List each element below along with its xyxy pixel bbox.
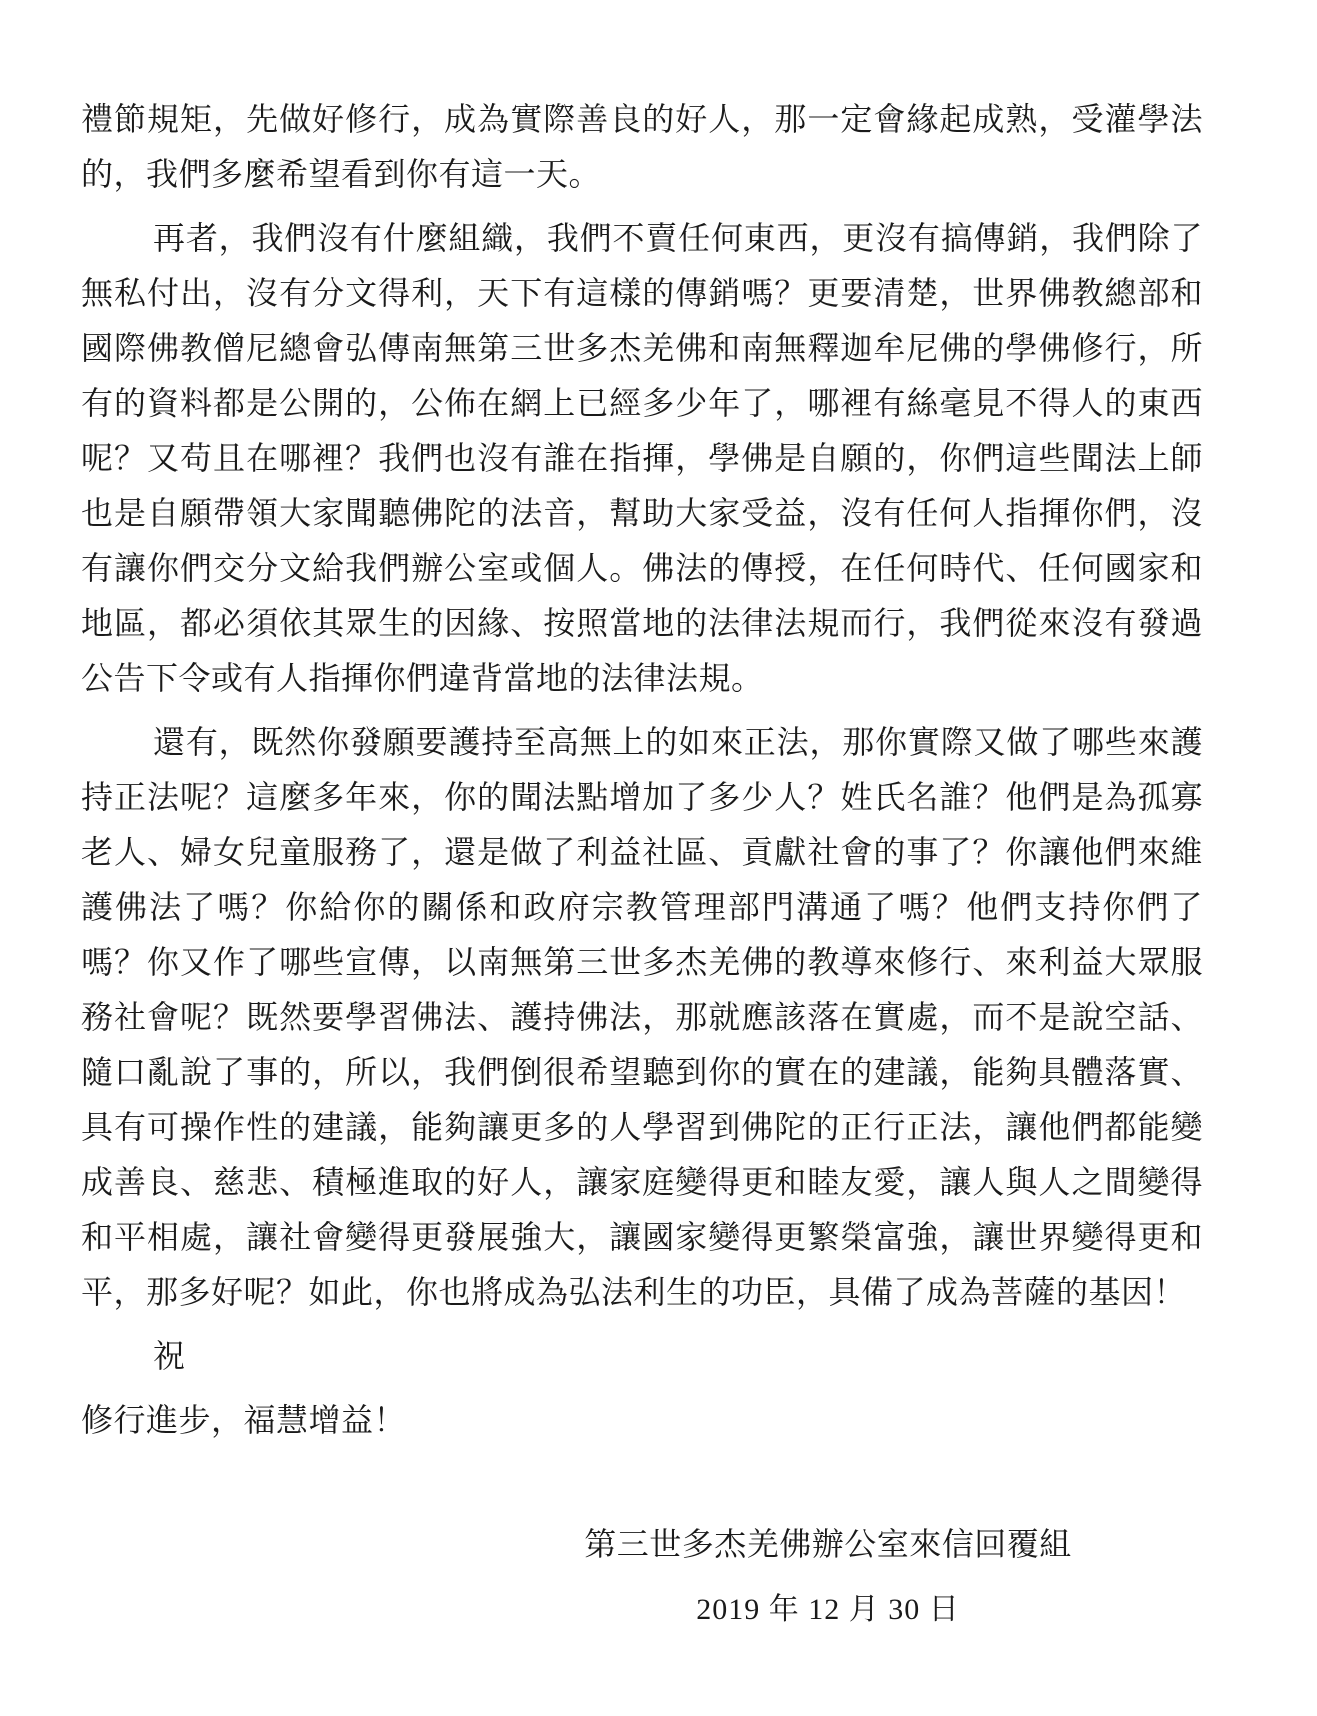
salutation-line: 祝	[81, 1329, 1203, 1384]
date-line: 2019 年 12 月 30 日	[267, 1582, 1317, 1637]
signature-line: 第三世多杰羌佛辦公室來信回覆組	[267, 1517, 1317, 1572]
letter-paragraph-2: 再者，我們沒有什麼組織，我們不賣任何東西，更沒有搞傳銷，我們除了無私付出，沒有分…	[81, 211, 1203, 706]
signature-block: 第三世多杰羌佛辦公室來信回覆組 2019 年 12 月 30 日	[267, 1517, 1317, 1637]
letter-paragraph-continuation: 禮節規矩，先做好修行，成為實際善良的好人，那一定會緣起成熟，受灌學法的，我們多麼…	[81, 92, 1203, 202]
letter-page: 禮節規矩，先做好修行，成為實際善良的好人，那一定會緣起成熟，受灌學法的，我們多麼…	[0, 0, 1317, 1716]
letter-paragraph-3: 還有，既然你發願要護持至高無上的如來正法，那你實際又做了哪些來護持正法呢？這麼多…	[81, 715, 1203, 1320]
closing-wish-line: 修行進步，福慧增益！	[81, 1393, 1203, 1448]
